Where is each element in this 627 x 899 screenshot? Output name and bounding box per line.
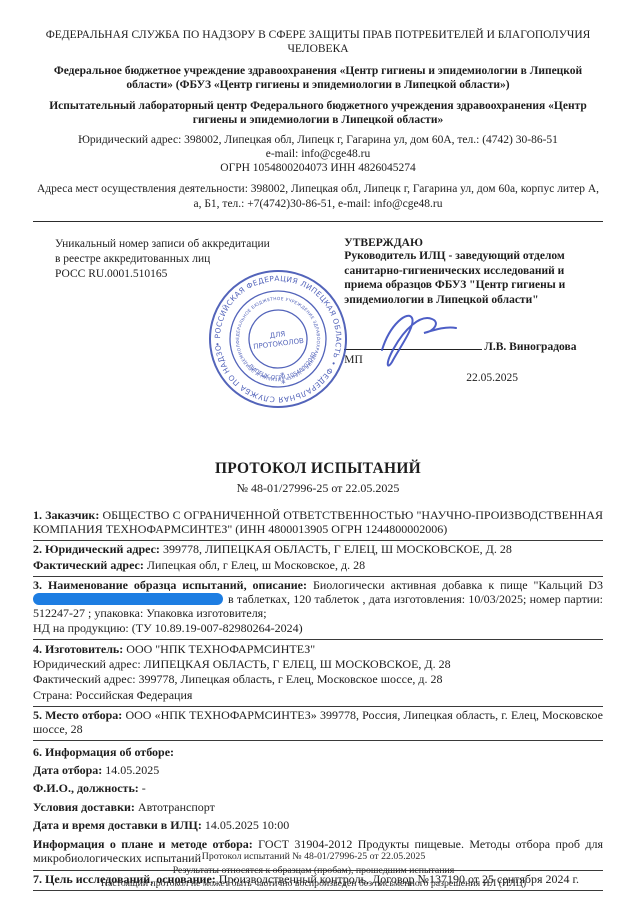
section-5-label: 5. Место отбора:: [33, 708, 122, 722]
section-3-nd-text: НД на продукцию: (ТУ 10.89.19-007-829802…: [33, 621, 303, 635]
section-divider: [33, 890, 603, 891]
stamp-center-line2: ПРОТОКОЛОВ: [253, 337, 305, 351]
section-divider: [33, 576, 603, 577]
section-6-label: 6. Информация об отборе:: [33, 745, 174, 759]
section-4-actual-address: Фактический адрес: 399778, Липецкая обла…: [33, 673, 603, 687]
section-4-legal-address: Юридический адрес: ЛИПЕЦКАЯ ОБЛАСТЬ, Г Е…: [33, 658, 603, 672]
section-4-text: ООО "НПК ТЕХНОФАРМСИНТЕЗ": [123, 642, 315, 656]
section-6c-label: Условия доставки:: [33, 800, 135, 814]
approval-date: 22.05.2025: [466, 372, 518, 384]
section-3-text-before: Биологически активная добавка к пище "Ка…: [307, 578, 603, 592]
section-2-actual-address: Фактический адрес: Липецкая обл, г Елец,…: [33, 559, 603, 573]
section-6-delivery-datetime: Дата и время доставки в ИЛЦ: 14.05.2025 …: [33, 819, 603, 833]
section-6-sampling-date: Дата отбора: 14.05.2025: [33, 764, 603, 778]
redaction-bar: [33, 593, 223, 605]
page-footer: Протокол испытаний № 48-01/27996-25 от 2…: [0, 850, 627, 890]
section-3-label: 3. Наименование образца испытаний, описа…: [33, 578, 307, 592]
section-1-text: ОБЩЕСТВО С ОГРАНИЧЕННОЙ ОТВЕТСТВЕННОСТЬЮ…: [33, 508, 603, 536]
header-divider: [33, 221, 603, 222]
footer-reproduction-note: Настоящий протокол не может быть частичн…: [0, 877, 627, 890]
stamp-asterisk-2: *: [281, 379, 287, 390]
title-block: ПРОТОКОЛ ИСПЫТАНИЙ № 48-01/27996-25 от 2…: [33, 460, 603, 496]
document-title: ПРОТОКОЛ ИСПЫТАНИЙ: [33, 460, 603, 478]
section-4a-text: Юридический адрес: ЛИПЕЦКАЯ ОБЛАСТЬ, Г Е…: [33, 657, 451, 671]
section-1-label: 1. Заказчик:: [33, 508, 99, 522]
protocol-sections: 1. Заказчик: ОБЩЕСТВО С ОГРАНИЧЕННОЙ ОТВ…: [33, 509, 603, 891]
section-divider: [33, 740, 603, 741]
protocol-document-page: ФЕДЕРАЛЬНАЯ СЛУЖБА ПО НАДЗОРУ В СФЕРЕ ЗА…: [0, 0, 627, 899]
signature-line: [344, 336, 482, 350]
document-number: № 48-01/27996-25 от 22.05.2025: [33, 481, 603, 496]
section-6-header: 6. Информация об отборе:: [33, 746, 603, 760]
email-line: e-mail: info@cge48.ru: [33, 147, 603, 161]
section-6d-label: Дата и время доставки в ИЛЦ:: [33, 818, 202, 832]
footer-results-note: Результаты относятся к образцам (пробам)…: [0, 864, 627, 877]
organization-name: Федеральное бюджетное учреждение здравоо…: [33, 64, 603, 93]
section-4-country: Страна: Российская Федерация: [33, 689, 603, 703]
section-2b-label: Фактический адрес:: [33, 558, 144, 572]
section-6e-label: Информация о плане и методе отбора:: [33, 837, 253, 851]
section-5-sampling-place: 5. Место отбора: ООО «НПК ТЕХНОФАРМСИНТЕ…: [33, 709, 603, 737]
ogrn-inn-line: ОГРН 1054800204073 ИНН 4826045274: [33, 161, 603, 175]
approver-position: Руководитель ИЛЦ - заведующий отделом са…: [344, 249, 603, 308]
section-6c-text: Автотранспорт: [135, 800, 215, 814]
lab-center-name: Испытательный лабораторный центр Федерал…: [33, 99, 603, 128]
footer-protocol-ref: Протокол испытаний № 48-01/27996-25 от 2…: [0, 850, 627, 863]
section-6a-label: Дата отбора:: [33, 763, 102, 777]
section-6d-text: 14.05.2025 10:00: [202, 818, 289, 832]
stamp-place-row: МП 22.05.2025: [344, 354, 603, 394]
signer-name: Л.В. Виноградова: [484, 341, 576, 353]
section-3-nd: НД на продукцию: (ТУ 10.89.19-007-829802…: [33, 622, 603, 636]
legal-address: Юридический адрес: 398002, Липецкая обл,…: [33, 133, 603, 147]
approval-title: УТВЕРЖДАЮ: [344, 237, 603, 249]
section-4-manufacturer: 4. Изготовитель: ООО "НПК ТЕХНОФАРМСИНТЕ…: [33, 643, 603, 657]
section-6b-label: Ф.И.О., должность:: [33, 781, 139, 795]
section-4c-text: Страна: Российская Федерация: [33, 688, 192, 702]
federal-service-name: ФЕДЕРАЛЬНАЯ СЛУЖБА ПО НАДЗОРУ В СФЕРЕ ЗА…: [33, 28, 603, 57]
accreditation-line1: Уникальный номер записи об аккредитации: [55, 237, 344, 252]
section-6-fio: Ф.И.О., должность: -: [33, 782, 603, 796]
section-4-label: 4. Изготовитель:: [33, 642, 123, 656]
activity-addresses: Адреса мест осуществления деятельности: …: [33, 182, 603, 211]
section-divider: [33, 540, 603, 541]
section-divider: [33, 706, 603, 707]
section-2b-text: Липецкая обл, г Елец, ш Московское, д. 2…: [144, 558, 365, 572]
section-2-legal-address: 2. Юридический адрес: 399778, ЛИПЕЦКАЯ О…: [33, 543, 603, 557]
section-6-delivery-conditions: Условия доставки: Автотранспорт: [33, 801, 603, 815]
signature-row: Л.В. Виноградова: [344, 336, 603, 354]
section-6a-text: 14.05.2025: [102, 763, 159, 777]
section-4b-text: Фактический адрес: 399778, Липецкая обла…: [33, 672, 443, 686]
section-2-text: 399778, ЛИПЕЦКАЯ ОБЛАСТЬ, Г ЕЛЕЦ, Ш МОСК…: [160, 542, 512, 556]
section-3-sample-name: 3. Наименование образца испытаний, описа…: [33, 579, 603, 621]
svg-text:• РОССИЙСКАЯ ФЕДЕРАЦИЯ ЛИПЕЦКА: • РОССИЙСКАЯ ФЕДЕРАЦИЯ ЛИПЕЦКАЯ ОБЛАСТЬ …: [205, 267, 350, 412]
section-divider: [33, 639, 603, 640]
round-seal-stamp: • РОССИЙСКАЯ ФЕДЕРАЦИЯ ЛИПЕЦКАЯ ОБЛАСТЬ …: [197, 258, 360, 421]
stamp-outer-ring-text: • РОССИЙСКАЯ ФЕДЕРАЦИЯ ЛИПЕЦКАЯ ОБЛАСТЬ …: [205, 267, 350, 412]
approval-block: УТВЕРЖДАЮ Руководитель ИЛЦ - заведующий …: [344, 237, 603, 394]
section-6b-text: -: [139, 781, 146, 795]
section-2-label: 2. Юридический адрес:: [33, 542, 160, 556]
section-1-customer: 1. Заказчик: ОБЩЕСТВО С ОГРАНИЧЕННОЙ ОТВ…: [33, 509, 603, 537]
